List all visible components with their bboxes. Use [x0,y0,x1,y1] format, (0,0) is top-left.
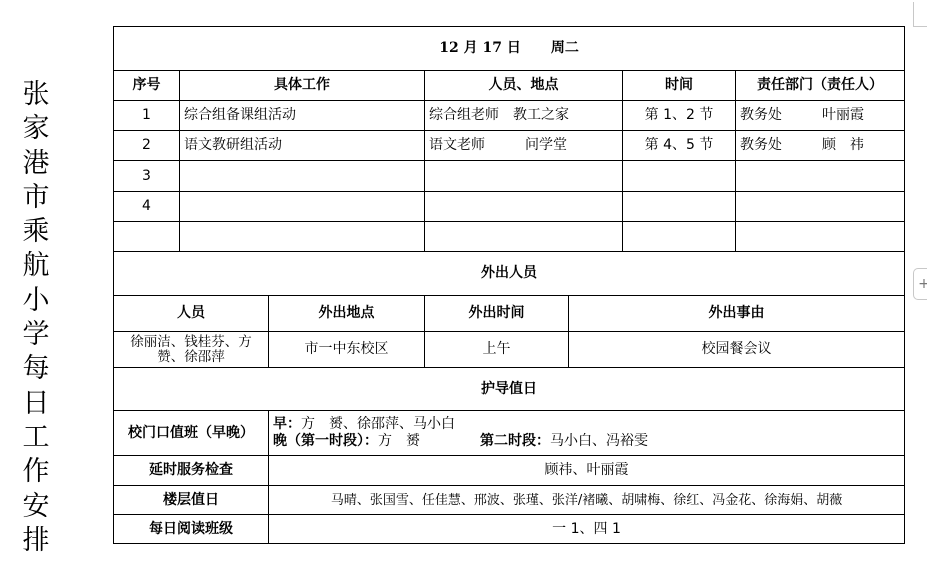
title-char: 日 [18,387,54,421]
outing-time: 上午 [425,332,569,368]
row-person: 顾 祎 [822,137,864,153]
evening1-label: 晚（第一时段）： [273,433,378,449]
outing-section-title: 外出人员 [114,252,905,296]
row-dept [736,192,905,222]
col-header-work: 具体工作 [180,71,425,101]
reading-value: 一 1、四 1 [269,515,905,544]
outing-col-reason: 外出事由 [569,296,905,332]
title-char: 学 [18,318,54,352]
table-row: 3 [114,161,905,192]
row-no [114,222,180,252]
title-char: 安 [18,490,54,524]
outing-title-row: 外出人员 [114,252,905,296]
title-char: 港 [18,147,54,181]
document-title-vertical: 张 家 港 市 乘 航 小 学 每 日 工 作 安 排 [18,78,54,558]
row-place: 教工之家 [513,107,569,123]
schedule-table: 12 月 17 日周二 序号 具体工作 人员、地点 时间 责任部门（责任人） 1… [113,26,905,544]
row-people-place: 语文老师问学堂 [425,131,623,161]
floor-duty-row: 楼层值日 马晴、张国雪、任佳慧、邢波、张瑾、张洋/褚曦、胡啸梅、徐红、冯金花、徐… [114,486,905,515]
reading-label: 每日阅读班级 [114,515,269,544]
row-no: 1 [114,101,180,131]
title-char: 小 [18,284,54,318]
row-no: 4 [114,192,180,222]
outing-people: 徐丽洁、钱桂芬、方赞、徐邵萍 [114,332,269,368]
floor-duty-value: 马晴、张国雪、任佳慧、邢波、张瑾、张洋/褚曦、胡啸梅、徐红、冯金花、徐海娟、胡薇 [269,486,905,515]
evening1-value: 方 赟 [378,433,420,449]
date-text: 12 月 17 日 [439,40,521,56]
evening2-value: 马小白、冯裕雯 [550,433,648,449]
row-time [623,222,736,252]
row-people-place [425,222,623,252]
row-dept [736,161,905,192]
outing-reason: 校园餐会议 [569,332,905,368]
gate-evening-line: 晚（第一时段）：方 赟第二时段：马小白、冯裕雯 [273,433,900,450]
row-time: 第 1、2 节 [623,101,736,131]
outing-col-people: 人员 [114,296,269,332]
title-char: 排 [18,524,54,558]
delay-duty-label: 延时服务检查 [114,456,269,486]
row-work [180,222,425,252]
gate-morning-line: 早：方 赟、徐邵萍、马小白 [273,416,900,433]
row-time: 第 4、5 节 [623,131,736,161]
row-time [623,161,736,192]
col-header-no: 序号 [114,71,180,101]
outing-col-time: 外出时间 [425,296,569,332]
row-work: 语文教研组活动 [180,131,425,161]
morning-label: 早： [273,416,301,432]
row-dept-name: 教务处 [740,137,782,153]
gate-duty-row: 校门口值班（早晚） 早：方 赟、徐邵萍、马小白 晚（第一时段）：方 赟第二时段：… [114,411,905,456]
delay-duty-row: 延时服务检查 顾祎、叶丽霞 [114,456,905,486]
table-row: 1 综合组备课组活动 综合组老师教工之家 第 1、2 节 教务处叶丽霞 [114,101,905,131]
weekday-text: 周二 [551,40,579,56]
row-place: 问学堂 [525,137,567,153]
row-time [623,192,736,222]
page-corner-marker [913,2,927,27]
row-person: 叶丽霞 [822,107,864,123]
outing-row: 徐丽洁、钱桂芬、方赞、徐邵萍 市一中东校区 上午 校园餐会议 [114,332,905,368]
row-no: 3 [114,161,180,192]
title-char: 航 [18,249,54,283]
duty-title-row: 护导值日 [114,368,905,411]
row-people-place [425,192,623,222]
title-char: 工 [18,421,54,455]
row-dept: 教务处叶丽霞 [736,101,905,131]
date-header: 12 月 17 日周二 [114,27,905,71]
row-work: 综合组备课组活动 [180,101,425,131]
title-char: 市 [18,181,54,215]
title-char: 张 [18,78,54,112]
col-header-people-place: 人员、地点 [425,71,623,101]
outing-place: 市一中东校区 [269,332,425,368]
table-row: 2 语文教研组活动 语文老师问学堂 第 4、5 节 教务处顾 祎 [114,131,905,161]
col-header-time: 时间 [623,71,736,101]
title-char: 乘 [18,215,54,249]
row-work [180,192,425,222]
reading-row: 每日阅读班级 一 1、四 1 [114,515,905,544]
date-row: 12 月 17 日周二 [114,27,905,71]
row-dept [736,222,905,252]
work-header-row: 序号 具体工作 人员、地点 时间 责任部门（责任人） [114,71,905,101]
title-char: 家 [18,112,54,146]
delay-duty-value: 顾祎、叶丽霞 [269,456,905,486]
row-work [180,161,425,192]
title-char: 作 [18,455,54,489]
morning-value: 方 赟、徐邵萍、马小白 [301,416,455,432]
row-people: 语文老师 [429,137,485,153]
gate-duty-value: 早：方 赟、徐邵萍、马小白 晚（第一时段）：方 赟第二时段：马小白、冯裕雯 [269,411,905,456]
table-row [114,222,905,252]
row-no: 2 [114,131,180,161]
plus-icon: + [918,276,927,292]
row-people-place [425,161,623,192]
outing-header-row: 人员 外出地点 外出时间 外出事由 [114,296,905,332]
floor-duty-label: 楼层值日 [114,486,269,515]
evening2-label: 第二时段： [480,433,550,449]
row-dept: 教务处顾 祎 [736,131,905,161]
add-row-button[interactable]: + [913,268,927,300]
title-char: 每 [18,352,54,386]
outing-col-place: 外出地点 [269,296,425,332]
row-people: 综合组老师 [429,107,499,123]
gate-duty-label: 校门口值班（早晚） [114,411,269,456]
row-dept-name: 教务处 [740,107,782,123]
col-header-dept: 责任部门（责任人） [736,71,905,101]
row-people-place: 综合组老师教工之家 [425,101,623,131]
table-row: 4 [114,192,905,222]
duty-section-title: 护导值日 [114,368,905,411]
